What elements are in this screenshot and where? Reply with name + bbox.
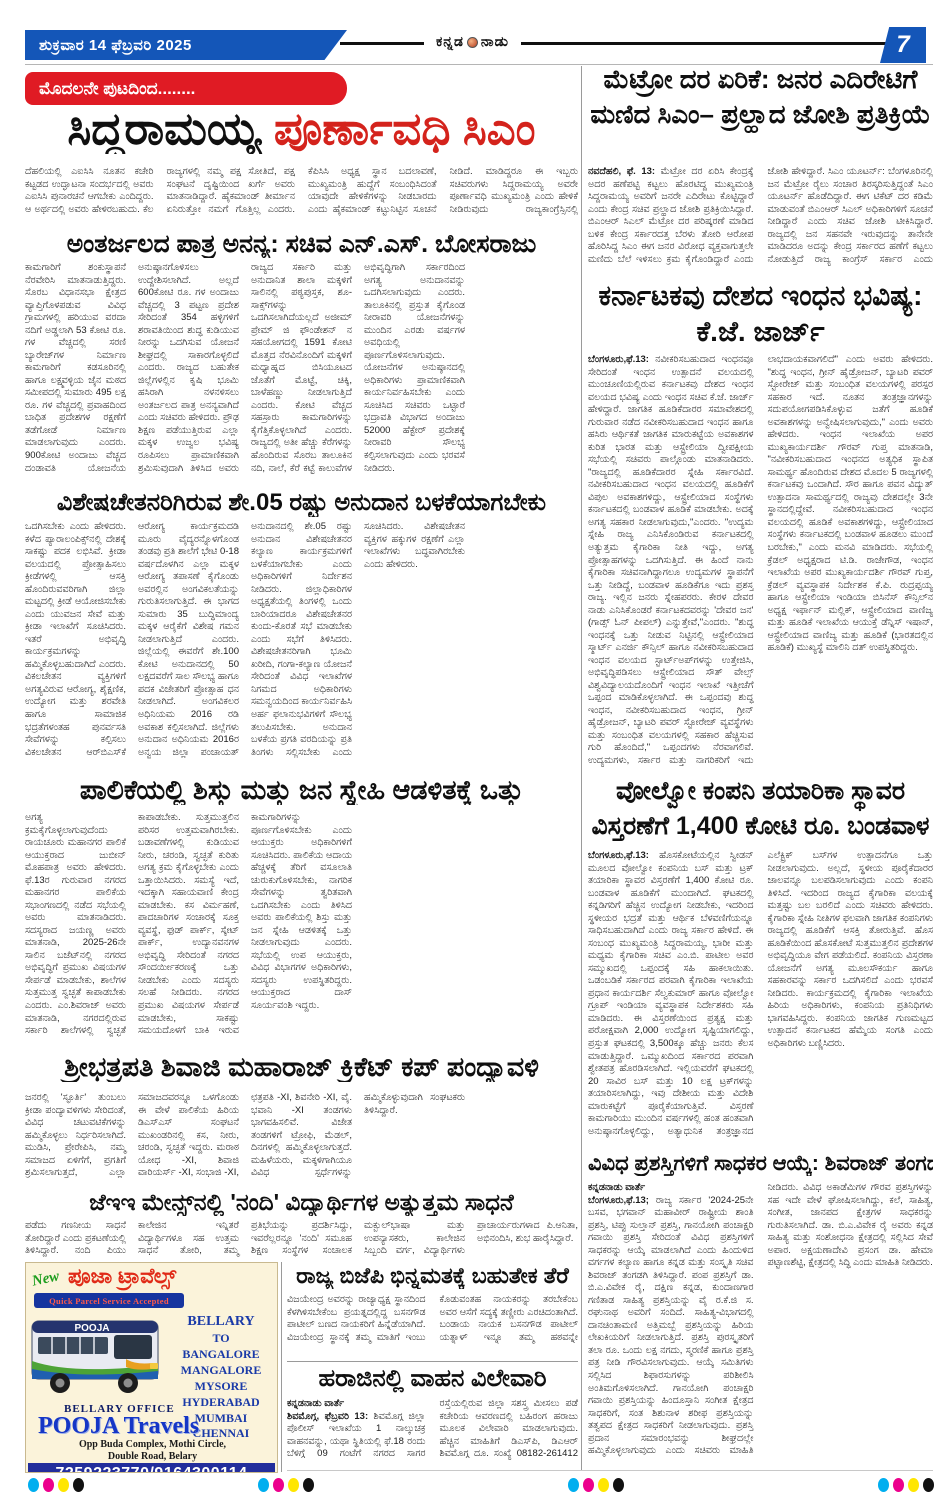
masthead-right: ನಾಡು (481, 33, 509, 49)
main-story-body: ದೆಹಲಿಯಲ್ಲಿ ಎಐಸಿಸಿ ನೂತನ ಕಚೇರಿ ಕಟ್ಟಡದ ಉದ್ಘ… (25, 166, 578, 226)
continuation-banner: ಮೊದಲನೇ ಪುಟದಿಂದ........ (25, 72, 347, 105)
ad-route-dest: MYSORE (171, 1379, 271, 1395)
energy-body: ಬೆಂಗಳೂರು,ಫೆ.13: ನವೀಕರಿಸಬಹುದಾದ ಇಂಧನವೂ ಸೇರ… (588, 354, 933, 768)
story5-body: ಜನರಲ್ಲಿ 'ಸ್ಫೂರ್ತಿ' ತುಂಬಲು ಕ್ರೀಡಾ ಪಂದ್ಯಾವ… (25, 1092, 578, 1186)
yellow-dot (908, 1478, 919, 1492)
registration-marks (258, 1478, 314, 1492)
date-text: ಶುಕ್ರವಾರ 14 ಫೆಬ್ರವರಿ 2025 (39, 37, 192, 54)
volvo-dateline: ಬೆಂಗಳೂರು,ಫೆ.13: (588, 850, 649, 861)
newspaper-page: { "header": { "date": "ಶುಕ್ರವಾರ 14 ಫೆಬ್ರ… (0, 0, 945, 1507)
energy-dateline: ಬೆಂಗಳೂರು,ಫೆ.13: (588, 354, 649, 365)
masthead-left: ಕನ್ನಡ (436, 33, 464, 49)
svg-text:POOJA: POOJA (74, 1323, 109, 1334)
black-dot (73, 1478, 84, 1492)
auction-byline: ಕನ್ನಡನಾಡು ವಾರ್ತೆ (287, 1398, 426, 1411)
volvo-headline: ವೋಲ್ವೋ ಕಂಪನಿ ತಯಾರಿಕಾ ಸ್ಥಾವರ ವಿಸ್ತರಣೆಗೆ 1… (588, 774, 933, 846)
ad-route-from: BELLARY (171, 1313, 271, 1331)
story3-headline: ವಿಶೇಷಚೇತನರಿಗಿರುವ ಶೇ.05 ರಷ್ಟು ಅನುದಾನ ಬಳಕೆ… (25, 490, 578, 517)
registration-marks (28, 1478, 84, 1492)
metro-dateline: ನವದೆಹಲಿ, ಫೆ. 13: (588, 166, 655, 177)
main-column-divider (581, 66, 582, 1470)
story3-body: ಒದಗಿಸಬೇಕು ಎಂದು ಹೇಳಿದರು. ಕಳೆದ ಪ್ಯಾರಾಲಂಪಿಕ… (25, 521, 578, 769)
date-banner: ಶುಕ್ರವಾರ 14 ಫೆಬ್ರವರಿ 2025 (25, 30, 347, 60)
header-rule (340, 42, 892, 45)
auction-dateline: ಶಿವಮೊಗ್ಗ, ಫೆಬ್ರವರಿ 13: (287, 1411, 368, 1422)
cyan-dot (28, 1478, 39, 1492)
ad-phone-bar: 7259223770/9164300114 (28, 1463, 275, 1473)
story6-body: ಪಡೆದು ಗಣನೀಯ ಸಾಧನೆ ತೋರಿದ್ದಾರೆ ಎಂದು ಪ್ರಕಟಣ… (25, 1220, 578, 1260)
yellow-dot (58, 1478, 69, 1492)
magenta-dot (583, 1478, 594, 1492)
story4-body: ಅಗತ್ಯ ಕ್ರಮಕೈಗೊಳ್ಳಲಾಗುವುದೆಂದು ರಾಯಚೂರು ಮಹಾ… (25, 812, 578, 1048)
magenta-dot (43, 1478, 54, 1492)
bottom-left-divider (281, 1262, 282, 1472)
bottom-rule (287, 1470, 933, 1471)
ad-address-line1: Opp Buda Complex, Mothi Circle, (36, 1439, 269, 1450)
story2-headline: ಅಂತರ್ಜಲದ ಪಾತ್ರ ಅನನ್ಯ: ಸಚಿವ ಎನ್.ಎಸ್. ಬೋಸರ… (25, 230, 578, 258)
magenta-dot (893, 1478, 904, 1492)
ad-route-dest: HYDERABAD (171, 1395, 271, 1411)
ad-address-line2: Double Road, Belary (36, 1451, 269, 1462)
registration-marks (878, 1478, 934, 1492)
energy-headline: ಕರ್ನಾಟಕವು ದೇಶದ ಇಂಧನ ಭವಿಷ್ಯ: ಕೆ.ಜೆ. ಜಾರ್ಜ… (588, 278, 933, 350)
main-headline-black: ಸಿದ್ದರಾಮಯ್ಯ (67, 104, 261, 154)
awards-byline: ಕನ್ನಡನಾಡು ವಾರ್ತೆ (588, 1182, 754, 1195)
yellow-dot (598, 1478, 609, 1492)
black-dot (613, 1478, 624, 1492)
black-dot (923, 1478, 934, 1492)
awards-headline: ವಿವಿಧ ಪ್ರಶಸ್ತಿಗಳಿಗೆ ಸಾಧಕರ ಆಯ್ಕೆ: ಶಿವರಾಜ್… (588, 1152, 933, 1176)
auction-divider (287, 1361, 578, 1362)
black-dot (303, 1478, 314, 1492)
bjp-headline: ರಾಜ್ಯ ಬಿಜೆಪಿ ಭಿನ್ನಮತಕ್ಕೆ ಬಹುತೇಕ ತೆರೆ (287, 1264, 578, 1289)
ad-company-name: POOJA Travels (38, 1413, 199, 1440)
awards-body: ಕನ್ನಡನಾಡು ವಾರ್ತೆ ಬೆಂಗಳೂರು,ಫೆ.13; ರಾಜ್ಯ ಸ… (588, 1182, 933, 1466)
ad-route-dest: BANGALORE (171, 1347, 271, 1363)
main-headline: ಸಿದ್ದರಾಮಯ್ಯ ಪೂರ್ಣಾವಧಿ ಸಿಎಂ (25, 104, 578, 154)
awards-dateline: ಬೆಂಗಳೂರು,ಫೆ.13; (588, 1195, 649, 1206)
story6-headline: ಜೆಇಇ ಮೇನ್ಸ್‌ನಲ್ಲಿ 'ನಂದಿ' ವಿದ್ಯಾರ್ಥಿಗಳ ಅತ… (25, 1190, 578, 1216)
cyan-dot (878, 1478, 889, 1492)
bjp-body: ವಿಜಯೇಂದ್ರ ಅವರನ್ನು ರಾಜ್ಯಾಧ್ಯಕ್ಷ ಸ್ಥಾನದಿಂದ… (287, 1294, 578, 1356)
travel-ad: New ಪೂಜಾ ಟ್ರಾವೆಲ್ಸ್ Quick Parcel Service… (25, 1262, 278, 1473)
magenta-dot (273, 1478, 284, 1492)
auction-headline: ಹರಾಜಿನಲ್ಲಿ ವಾಹನ ವಿಲೇವಾರಿ (287, 1366, 578, 1393)
ad-new-badge: New (31, 1268, 61, 1290)
story2-body: ಕಾಮಗಾರಿಗೆ ಶಂಕುಸ್ಥಾಪನೆ ನೆರವೇರಿಸಿ ಮಾತನಾಡುತ… (25, 262, 578, 486)
yellow-dot (288, 1478, 299, 1492)
volvo-body: ಬೆಂಗಳೂರು,ಫೆ.13: ಹೊಸಕೋಟೆಯಲ್ಲಿನ ಸ್ವೀಡನ್ ಮೂ… (588, 850, 933, 1144)
main-headline-red: ಪೂರ್ಣಾವಧಿ ಸಿಎಂ (261, 104, 535, 154)
story5-headline: ಶ್ರೀಭತ್ರಪತಿ ಶಿವಾಜಿ ಮಹಾರಾಜ್ ಕ್ರಿಕೆಟ್ ಕಪ್ … (25, 1052, 578, 1082)
page-number: 7 (880, 27, 926, 63)
ad-route-to-label: TO (171, 1331, 271, 1347)
ad-parcel-banner: Quick Parcel Service Accepted (34, 1293, 184, 1308)
cyan-dot (568, 1478, 579, 1492)
metro-headline: ಮೆಟ್ರೋ ದರ ಏರಿಕೆ: ಜನರ ಎದಿರೇಟಿಗೆ ಮಣಿದ ಸಿಎಂ… (588, 62, 933, 162)
ad-route-dest: MANGALORE (171, 1363, 271, 1379)
metro-body: ನವದೆಹಲಿ, ಫೆ. 13: ಮೆಟ್ರೋ ದರ ಏರಿಸಿ ಕೇಂದ್ರಕ… (588, 166, 933, 272)
registration-marks (568, 1478, 624, 1492)
cyan-dot (258, 1478, 269, 1492)
story4-headline: ಪಾಲಿಕೆಯಲ್ಲಿ ಶಿಸ್ತು ಮತ್ತು ಜನ ಸ್ನೇಹಿ ಆಡಳಿತ… (25, 775, 578, 805)
ad-title: ಪೂಜಾ ಟ್ರಾವೆಲ್ಸ್ (68, 1265, 176, 1289)
bus-image: POOJA (30, 1311, 170, 1403)
auction-body: ಕನ್ನಡನಾಡು ವಾರ್ತೆ ಶಿವಮೊಗ್ಗ, ಫೆಬ್ರವರಿ 13: … (287, 1398, 578, 1468)
